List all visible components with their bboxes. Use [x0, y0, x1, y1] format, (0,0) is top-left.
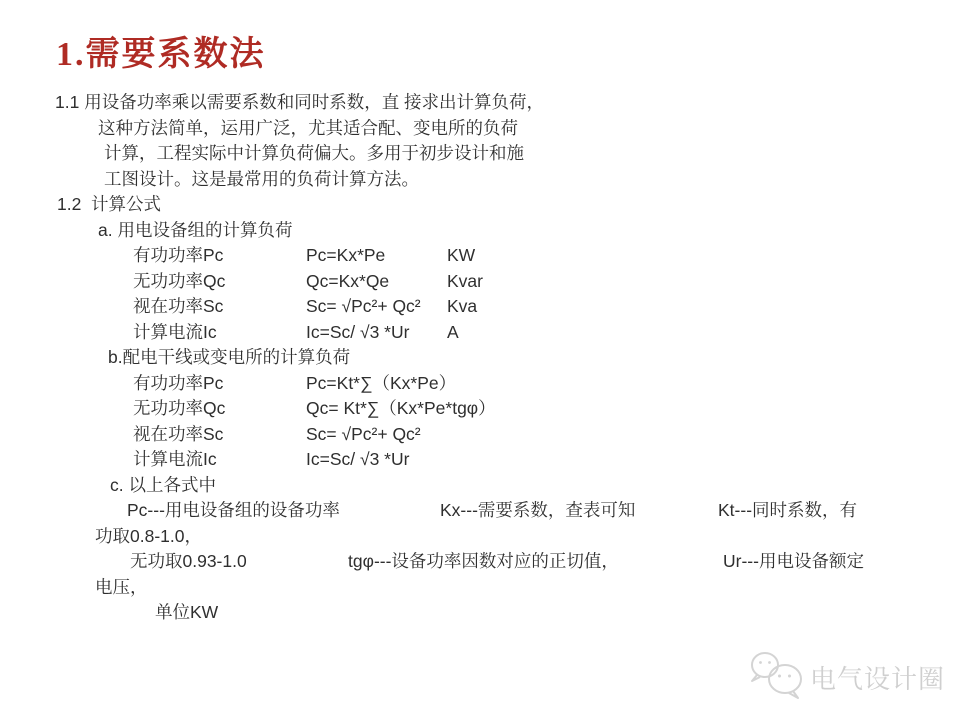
definition-kt: Kt---同时系数，有 [718, 498, 857, 524]
group-b-heading: b.配电干线或变电所的计算负荷 [108, 345, 350, 371]
formula-label: 无功功率Qc [133, 269, 225, 295]
group-c-heading-line: c. 以上各式中 [0, 473, 960, 499]
group-c-heading: c. 以上各式中 [110, 473, 216, 499]
formula-row: 视在功率Sc Sc= √Pc²+ Qc² [0, 422, 960, 448]
formula-label: 计算电流Ic [133, 447, 217, 473]
definition-line: 电压， [0, 575, 960, 601]
group-b-heading-line: b.配电干线或变电所的计算负荷 [0, 345, 960, 371]
definition-ur: Ur---用电设备额定 [723, 549, 864, 575]
formula-expression: Pc=Kx*Pe [306, 243, 385, 269]
formula-expression: Ic=Sc/ √3 *Ur [306, 447, 409, 473]
formula-row: 无功功率Qc Qc=Kx*Qe Kvar [0, 269, 960, 295]
page-title: 1.需要系数法 [56, 26, 266, 75]
definition-line: 功取0.8-1.0， [0, 524, 960, 550]
section-heading-line: 1.2 计算公式 [0, 192, 960, 218]
formula-unit: A [447, 320, 459, 346]
definition-line: 单位KW [0, 600, 960, 626]
watermark: 电气设计圈 [746, 648, 945, 706]
definition-qc-range: 无功取0.93-1.0 [130, 549, 247, 575]
intro-line: 这种方法简单，运用广泛，尤其适合配、变电所的负荷 [0, 116, 960, 142]
formula-label: 视在功率Sc [133, 422, 223, 448]
formula-row: 有功功率Pc Pc=Kt*∑（Kx*Pe） [0, 371, 960, 397]
slide: 1.需要系数法 1.1 用设备功率乘以需要系数和同时系数，直 接求出计算负荷， … [0, 0, 960, 720]
formula-label: 有功功率Pc [133, 243, 223, 269]
group-a-heading-line: a. 用电设备组的计算负荷 [0, 218, 960, 244]
formula-expression: Sc= √Pc²+ Qc² [306, 422, 421, 448]
definition-unit: 单位KW [155, 600, 218, 626]
formula-unit: Kvar [447, 269, 483, 295]
formula-label: 视在功率Sc [133, 294, 223, 320]
slide-body: 1.1 用设备功率乘以需要系数和同时系数，直 接求出计算负荷， 这种方法简单，运… [0, 90, 960, 626]
definition-ur-wrap: 电压， [95, 575, 148, 601]
formula-label: 无功功率Qc [133, 396, 225, 422]
intro-text: 工图设计。这是最常用的负荷计算方法。 [104, 167, 419, 193]
formula-unit: Kva [447, 294, 477, 320]
wechat-icon [746, 648, 808, 706]
intro-text: 这种方法简单，运用广泛，尤其适合配、变电所的负荷 [98, 116, 518, 142]
intro-text: 计算，工程实际中计算负荷偏大。多用于初步设计和施 [104, 141, 524, 167]
formula-label: 计算电流Ic [133, 320, 217, 346]
intro-text: 1.1 用设备功率乘以需要系数和同时系数，直 接求出计算负荷， [55, 90, 544, 116]
formula-expression: Qc= Kt*∑（Kx*Pe*tgφ） [306, 396, 496, 422]
intro-line: 1.1 用设备功率乘以需要系数和同时系数，直 接求出计算负荷， [0, 90, 960, 116]
definition-kx: Kx---需要系数，查表可知 [440, 498, 635, 524]
definition-kt-wrap: 功取0.8-1.0， [95, 524, 202, 550]
formula-row: 计算电流Ic Ic=Sc/ √3 *Ur [0, 447, 960, 473]
formula-row: 视在功率Sc Sc= √Pc²+ Qc² Kva [0, 294, 960, 320]
definition-tgphi: tgφ---设备功率因数对应的正切值， [348, 549, 619, 575]
intro-line: 工图设计。这是最常用的负荷计算方法。 [0, 167, 960, 193]
formula-label: 有功功率Pc [133, 371, 223, 397]
formula-expression: Ic=Sc/ √3 *Ur [306, 320, 409, 346]
formula-expression: Pc=Kt*∑（Kx*Pe） [306, 371, 456, 397]
formula-row: 有功功率Pc Pc=Kx*Pe KW [0, 243, 960, 269]
formula-row: 计算电流Ic Ic=Sc/ √3 *Ur A [0, 320, 960, 346]
definition-line: 无功取0.93-1.0 tgφ---设备功率因数对应的正切值， Ur---用电设… [0, 549, 960, 575]
intro-line: 计算，工程实际中计算负荷偏大。多用于初步设计和施 [0, 141, 960, 167]
formula-row: 无功功率Qc Qc= Kt*∑（Kx*Pe*tgφ） [0, 396, 960, 422]
watermark-brand: 电气设计圈 [810, 659, 945, 696]
formula-expression: Sc= √Pc²+ Qc² [306, 294, 421, 320]
definition-line: Pc---用电设备组的设备功率 Kx---需要系数，查表可知 Kt---同时系数… [0, 498, 960, 524]
section-heading: 1.2 计算公式 [57, 192, 161, 218]
formula-expression: Qc=Kx*Qe [306, 269, 389, 295]
formula-unit: KW [447, 243, 475, 269]
group-a-heading: a. 用电设备组的计算负荷 [98, 218, 292, 244]
definition-pc: Pc---用电设备组的设备功率 [127, 498, 340, 524]
